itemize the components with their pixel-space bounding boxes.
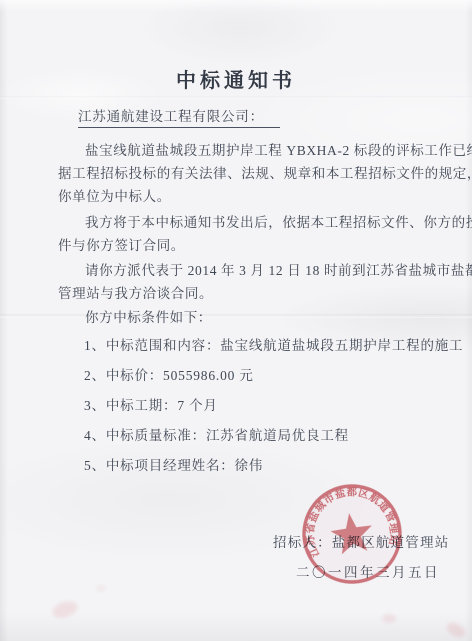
document-title: 中标通知书 [0, 64, 472, 93]
paper-crease [0, 96, 472, 99]
award-item-price: 2、中标价：5055986.00 元 [84, 364, 463, 387]
red-ink-smudge [382, 614, 396, 623]
paragraph-line: 管理站与我方洽谈合同。 [58, 282, 472, 305]
paragraph-meeting-request: 请你方派代表于 2014 年 3 月 12 日 18 时前到江苏省盐城市盐都区航… [58, 259, 472, 305]
red-ink-smudge [96, 585, 106, 592]
award-item-scope: 1、中标范围和内容：盐宝线航道盐城段五期护岸工程的施工 [84, 334, 463, 357]
paragraph-evaluation-result: 盐宝线航道盐城段五期护岸工程 YBXHA-2 标段的评标工作已结束，根 据工程招… [58, 139, 472, 208]
red-ink-smudge [444, 620, 467, 640]
paragraph-contract-intent: 我方将于本中标通知书发出后，依据本工程招标文件、你方的投标文 件与你方签订合同。 [58, 211, 472, 257]
document-date: 二〇一四年三月五日 [296, 561, 440, 581]
award-item-manager: 5、中标项目经理姓名：徐伟 [84, 454, 463, 477]
addressee-line: 江苏通航建设工程有限公司： [78, 105, 280, 128]
paragraph-line: 你单位为中标人。 [58, 185, 472, 208]
paragraph-line: 你方中标条件如下： [58, 306, 212, 329]
award-item-quality: 4、中标质量标准：江苏省航道局优良工程 [84, 424, 463, 447]
award-conditions-list: 1、中标范围和内容：盐宝线航道盐城段五期护岸工程的施工 2、中标价：505598… [84, 334, 463, 484]
award-item-duration: 3、中标工期：7 个月 [84, 394, 463, 417]
scanned-document-page: 中标通知书 江苏通航建设工程有限公司： 盐宝线航道盐城段五期护岸工程 YBXHA… [0, 0, 472, 641]
paragraph-line: 盐宝线航道盐城段五期护岸工程 YBXHA-2 标段的评标工作已结束，根 [58, 139, 472, 162]
red-ink-smudge [50, 598, 79, 620]
paragraph-line: 请你方派代表于 2014 年 3 月 12 日 18 时前到江苏省盐城市盐都区航… [58, 259, 472, 282]
paragraph-line: 件与你方签订合同。 [58, 234, 472, 257]
paragraph-conditions-intro: 你方中标条件如下： [58, 306, 212, 329]
tenderer-signature: 招标人：盐都区航道管理站 [273, 531, 449, 551]
paragraph-line: 据工程招标投标的有关法律、法规、规章和本工程招标文件的规定，确定 [58, 162, 472, 185]
paragraph-line: 我方将于本中标通知书发出后，依据本工程招标文件、你方的投标文 [58, 211, 472, 234]
